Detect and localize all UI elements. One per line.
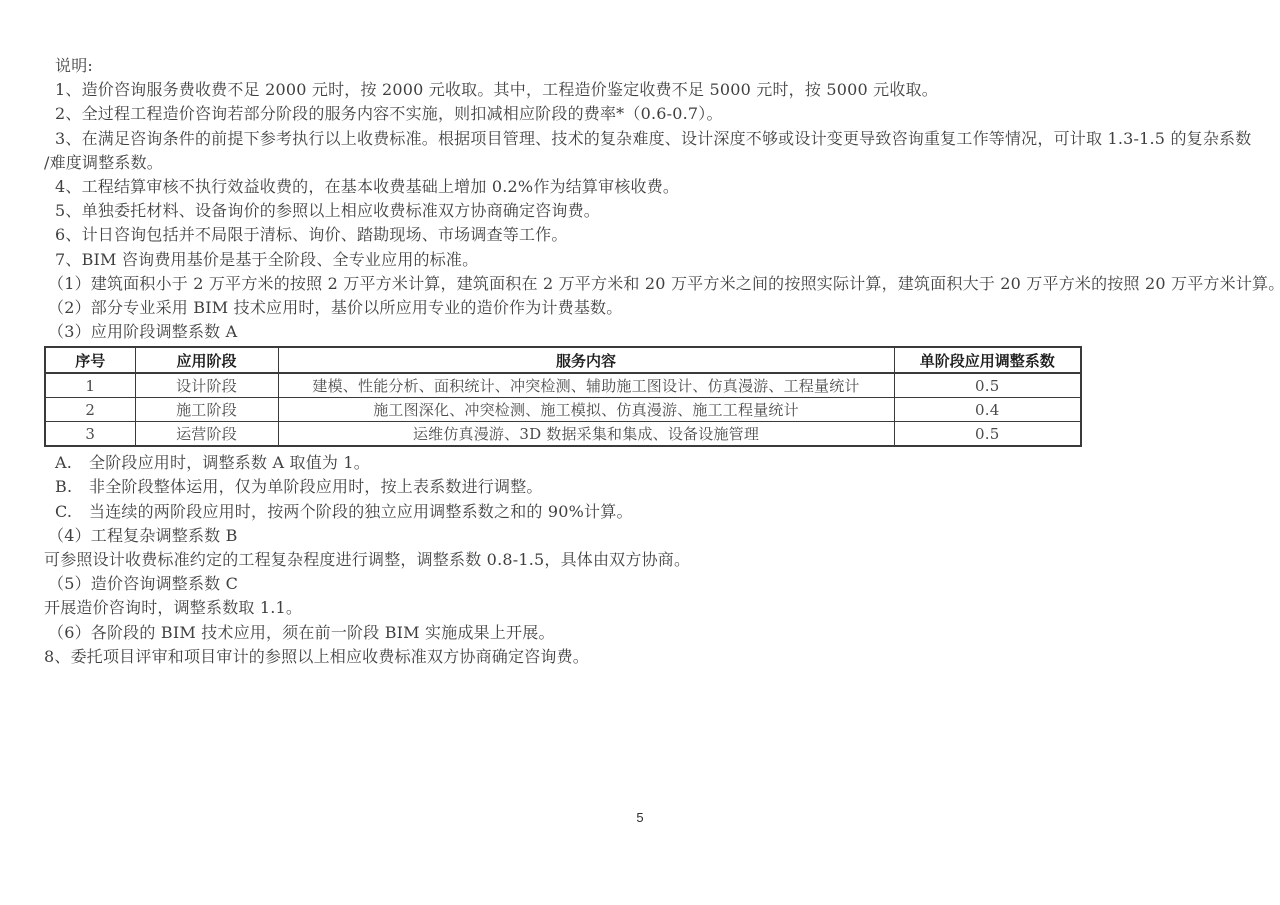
table-row: 2 施工阶段 施工图深化、冲突检测、施工模拟、仿真漫游、施工工程量统计 0.4: [45, 398, 1081, 422]
cell-serial: 3: [45, 422, 135, 447]
note-line-7: 7、BIM 咨询费用基价是基于全阶段、全专业应用的标准。: [44, 248, 1244, 272]
note-line-6: 6、计日咨询包括并不局限于清标、询价、踏勘现场、市场调查等工作。: [44, 223, 1244, 247]
sub-note-1: （1）建筑面积小于 2 万平方米的按照 2 万平方米计算，建筑面积在 2 万平方…: [44, 272, 1244, 296]
note-line-5: 5、单独委托材料、设备询价的参照以上相应收费标准双方协商确定咨询费。: [44, 199, 1244, 223]
header-service-content: 服务内容: [278, 347, 894, 373]
table-row: 1 设计阶段 建模、性能分析、面积统计、冲突检测、辅助施工图设计、仿真漫游、工程…: [45, 373, 1081, 398]
document-content: 说明: 1、造价咨询服务费收费不足 2000 元时，按 2000 元收取。其中，…: [44, 54, 1244, 669]
table-header-row: 序号 应用阶段 服务内容 单阶段应用调整系数: [45, 347, 1081, 373]
cell-coef: 0.5: [894, 373, 1081, 398]
note-line-3: 3、在满足咨询条件的前提下参考执行以上收费标准。根据项目管理、技术的复杂难度、设…: [44, 127, 1244, 151]
cell-stage: 设计阶段: [135, 373, 278, 398]
sub-note-6: （6）各阶段的 BIM 技术应用，须在前一阶段 BIM 实施成果上开展。: [44, 621, 1244, 645]
list-item-b-label: B.: [55, 475, 89, 499]
cell-content: 运维仿真漫游、3D 数据采集和集成、设备设施管理: [278, 422, 894, 447]
sub-note-4: （4）工程复杂调整系数 B: [44, 524, 1244, 548]
note-line-1: 1、造价咨询服务费收费不足 2000 元时，按 2000 元收取。其中，工程造价…: [44, 78, 1244, 102]
sub-note-2: （2）部分专业采用 BIM 技术应用时，基价以所应用专业的造价作为计费基数。: [44, 296, 1244, 320]
cell-coef: 0.4: [894, 398, 1081, 422]
list-item-a: A.全阶段应用时，调整系数 A 取值为 1。: [44, 451, 1244, 475]
header-serial-number: 序号: [45, 347, 135, 373]
cell-serial: 2: [45, 398, 135, 422]
table-row: 3 运营阶段 运维仿真漫游、3D 数据采集和集成、设备设施管理 0.5: [45, 422, 1081, 447]
list-item-c-label: C.: [55, 500, 89, 524]
header-adjustment-coefficient: 单阶段应用调整系数: [894, 347, 1081, 373]
sub-note-4-text: 可参照设计收费标准约定的工程复杂程度进行调整，调整系数 0.8-1.5，具体由双…: [44, 548, 1244, 572]
note-line-3-continuation: /难度调整系数。: [44, 151, 1244, 175]
list-item-b: B.非全阶段整体运用，仅为单阶段应用时，按上表系数进行调整。: [44, 475, 1244, 499]
list-item-a-label: A.: [55, 451, 89, 475]
page-number: 5: [0, 810, 1280, 825]
list-item-c: C.当连续的两阶段应用时，按两个阶段的独立应用调整系数之和的 90%计算。: [44, 500, 1244, 524]
note-line-4: 4、工程结算审核不执行效益收费的，在基本收费基础上增加 0.2%作为结算审核收费…: [44, 175, 1244, 199]
cell-serial: 1: [45, 373, 135, 398]
coefficient-table: 序号 应用阶段 服务内容 单阶段应用调整系数 1 设计阶段 建模、性能分析、面积…: [44, 346, 1082, 447]
cell-stage: 运营阶段: [135, 422, 278, 447]
note-line-8: 8、委托项目评审和项目审计的参照以上相应收费标准双方协商确定咨询费。: [44, 645, 1244, 669]
sub-note-3-table-title: （3）应用阶段调整系数 A: [44, 320, 1244, 344]
note-line-2: 2、全过程工程造价咨询若部分阶段的服务内容不实施，则扣减相应阶段的费率*（0.6…: [44, 102, 1244, 126]
sub-note-5-text: 开展造价咨询时，调整系数取 1.1。: [44, 596, 1244, 620]
sub-note-5: （5）造价咨询调整系数 C: [44, 572, 1244, 596]
cell-stage: 施工阶段: [135, 398, 278, 422]
header-application-stage: 应用阶段: [135, 347, 278, 373]
cell-coef: 0.5: [894, 422, 1081, 447]
list-item-b-text: 非全阶段整体运用，仅为单阶段应用时，按上表系数进行调整。: [89, 477, 543, 496]
cell-content: 建模、性能分析、面积统计、冲突检测、辅助施工图设计、仿真漫游、工程量统计: [278, 373, 894, 398]
notes-heading: 说明:: [44, 54, 1244, 78]
list-item-c-text: 当连续的两阶段应用时，按两个阶段的独立应用调整系数之和的 90%计算。: [89, 502, 633, 521]
cell-content: 施工图深化、冲突检测、施工模拟、仿真漫游、施工工程量统计: [278, 398, 894, 422]
list-item-a-text: 全阶段应用时，调整系数 A 取值为 1。: [89, 453, 370, 472]
document-page: 说明: 1、造价咨询服务费收费不足 2000 元时，按 2000 元收取。其中，…: [0, 0, 1280, 905]
